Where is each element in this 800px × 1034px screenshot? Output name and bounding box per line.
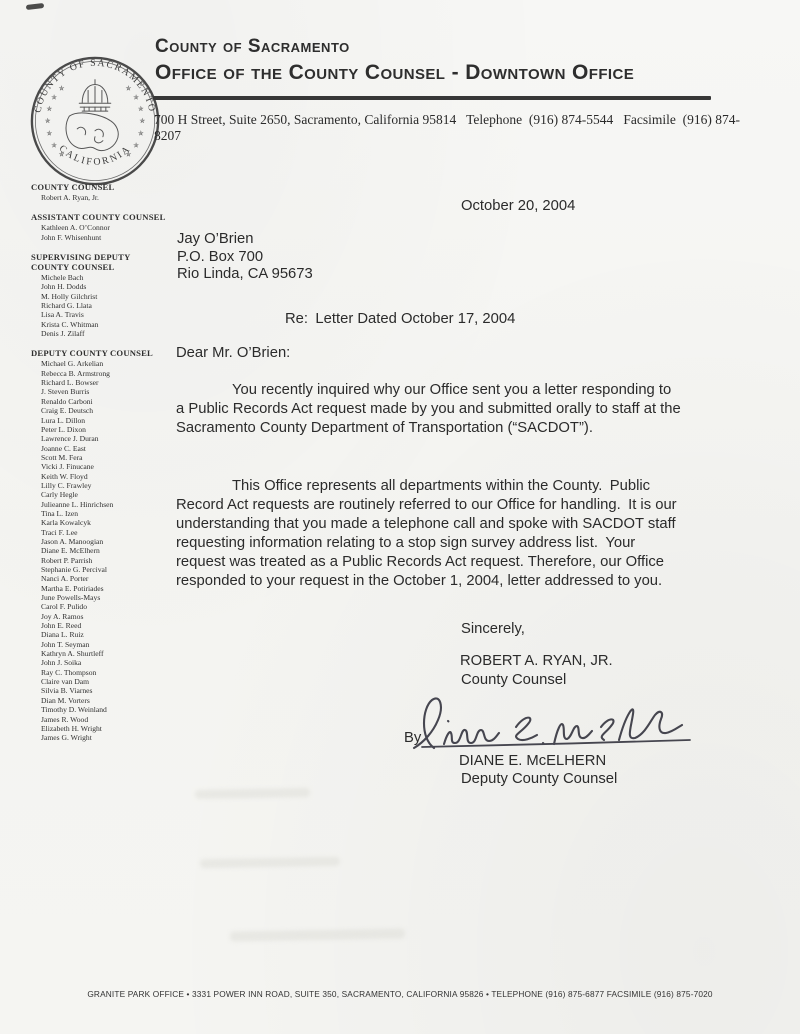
roster-section-title: SUPERVISING DEPUTY [31,252,171,262]
attorney-roster: COUNTY COUNSEL Robert A. Ryan, Jr. ASSIS… [31,182,171,753]
star-icon: ✯ [133,93,139,101]
roster-name: Claire van Dam [41,677,171,686]
roster-name: Renaldo Carboni [41,397,171,406]
roster-name: Lura L. Dillon [41,416,171,425]
roster-name: John E. Reed [41,621,171,630]
roster-name: Ray C. Thompson [41,668,171,677]
star-icon: ✯ [46,130,52,138]
body-paragraph-2: This Office represents all departments w… [176,477,683,591]
svg-text:CALIFORNIA: CALIFORNIA [57,143,134,168]
star-icon: ✯ [133,142,139,150]
star-icon: ✯ [138,105,144,113]
header-rule [153,96,711,100]
roster-name: J. Steven Burris [41,387,171,396]
roster-name: John T. Seyman [41,640,171,649]
signature-ink [404,692,696,756]
signer-title: County Counsel [461,671,566,690]
roster-name: Elizabeth H. Wright [41,724,171,733]
roster-name: Craig E. Deutsch [41,406,171,415]
roster-name: M. Holly Gilchrist [41,292,171,301]
roster-name: Denis J. Zilaff [41,329,171,338]
roster-name: Jason A. Manoogian [41,537,171,546]
star-icon: ✯ [59,84,65,92]
roster-name: Krista C. Whitman [41,320,171,329]
roster-name: Dian M. Vorters [41,696,171,705]
star-icon: ✯ [51,93,57,101]
roster-name: Diane E. McElhern [41,546,171,555]
roster-name: Nanci A. Porter [41,574,171,583]
star-icon: ✯ [126,84,132,92]
office-name: Office of the County Counsel - Downtown … [155,61,755,85]
roster-name: Michael G. Arkelian [41,359,171,368]
recipient-address-line: P.O. Box 700 [177,249,313,267]
letter-page: COUNTY OF SACRAMENTO CALIFORNIA ✯ ✯ ✯ ✯ … [0,0,800,1034]
letter-date: October 20, 2004 [461,197,575,216]
roster-name: James G. Wright [41,733,171,742]
star-icon: ✯ [46,105,52,113]
roster-section-title-line2: COUNTY COUNSEL [31,262,171,272]
roster-name: Kathryn A. Shurtleff [41,649,171,658]
star-icon: ✯ [138,130,144,138]
roster-name: Joy A. Ramos [41,612,171,621]
roster-name: Lisa A. Travis [41,310,171,319]
roster-name: Scott M. Fera [41,453,171,462]
roster-name: Kathleen A. O’Connor [41,223,171,232]
roster-name: John F. Whisenhunt [41,233,171,242]
roster-name: June Powells-Mays [41,593,171,602]
roster-name: Rebecca B. Armstrong [41,369,171,378]
org-name: County of Sacramento [155,36,755,58]
roster-name: Keith W. Floyd [41,472,171,481]
roster-name: Silvia B. Viarnes [41,686,171,695]
roster-section-title: COUNTY COUNSEL [31,182,171,192]
star-icon: ✯ [126,150,132,158]
roster-name: Robert P. Parrish [41,556,171,565]
roster-name: John J. Soika [41,658,171,667]
roster-section-supervising-deputy: SUPERVISING DEPUTY COUNTY COUNSEL Michel… [31,252,171,338]
roster-name: Peter L. Dixon [41,425,171,434]
roster-name: Diana L. Ruiz [41,630,171,639]
roster-name: Carly Hegle [41,490,171,499]
recipient-address: Jay O’BrienP.O. Box 700Rio Linda, CA 956… [177,231,313,284]
roster-name: John H. Dodds [41,282,171,291]
closing: Sincerely, [461,620,525,639]
bleedthrough-smudge [200,857,340,868]
signatory-title: Deputy County Counsel [461,770,617,789]
recipient-address-line: Jay O’Brien [177,231,313,249]
roster-name: Stephanie G. Percival [41,565,171,574]
roster-name: Richard G. Llata [41,301,171,310]
recipient-address-line: Rio Linda, CA 95673 [177,266,313,284]
letterhead: County of Sacramento Office of the Count… [155,36,755,85]
letterhead-address: 700 H Street, Suite 2650, Sacramento, Ca… [154,112,754,144]
bleedthrough-smudge [230,928,405,941]
roster-name: Julieanne L. Hinrichsen [41,500,171,509]
roster-name: Tina L. Izen [41,509,171,518]
roster-section-county-counsel: COUNTY COUNSEL Robert A. Ryan, Jr. [31,182,171,202]
star-icon: ✯ [139,117,145,125]
roster-name: Traci F. Lee [41,528,171,537]
roster-name: Martha E. Potiriades [41,584,171,593]
re-line: Re: Letter Dated October 17, 2004 [285,310,515,329]
roster-name: Joanne C. East [41,444,171,453]
roster-section-title: DEPUTY COUNTY COUNSEL [31,348,171,358]
roster-name: Lilly C. Frawley [41,481,171,490]
roster-section-deputy-county-counsel: DEPUTY COUNTY COUNSEL Michael G. Arkelia… [31,348,171,742]
roster-section-title: ASSISTANT COUNTY COUNSEL [31,212,171,222]
star-icon: ✯ [59,150,65,158]
footer-office-line: GRANITE PARK OFFICE • 3331 POWER INN ROA… [0,989,800,999]
roster-name: Carol F. Pulido [41,602,171,611]
county-seal: COUNTY OF SACRAMENTO CALIFORNIA ✯ ✯ ✯ ✯ … [26,50,164,188]
roster-name: Vicki J. Finucane [41,462,171,471]
body-paragraph-1: You recently inquired why our Office sen… [176,381,683,438]
salutation: Dear Mr. O’Brien: [176,344,290,363]
roster-name: Richard L. Bowser [41,378,171,387]
bleedthrough-smudge [195,788,310,799]
capitol-drawing [66,80,118,151]
scan-pen-mark [26,3,44,10]
roster-name: Timothy D. Weinland [41,705,171,714]
roster-name: Lawrence J. Duran [41,434,171,443]
star-icon: ✯ [51,142,57,150]
signatory-name: DIANE E. McELHERN [459,752,606,771]
roster-name: Robert A. Ryan, Jr. [41,193,171,202]
signer-name: ROBERT A. RYAN, JR. [460,652,613,671]
roster-name: James R. Wood [41,715,171,724]
roster-name: Karla Kowalcyk [41,518,171,527]
roster-section-assistant-county-counsel: ASSISTANT COUNTY COUNSEL Kathleen A. O’C… [31,212,171,242]
star-icon: ✯ [45,117,51,125]
seal-bottom-text: CALIFORNIA [57,143,134,168]
roster-name: Michele Bach [41,273,171,282]
